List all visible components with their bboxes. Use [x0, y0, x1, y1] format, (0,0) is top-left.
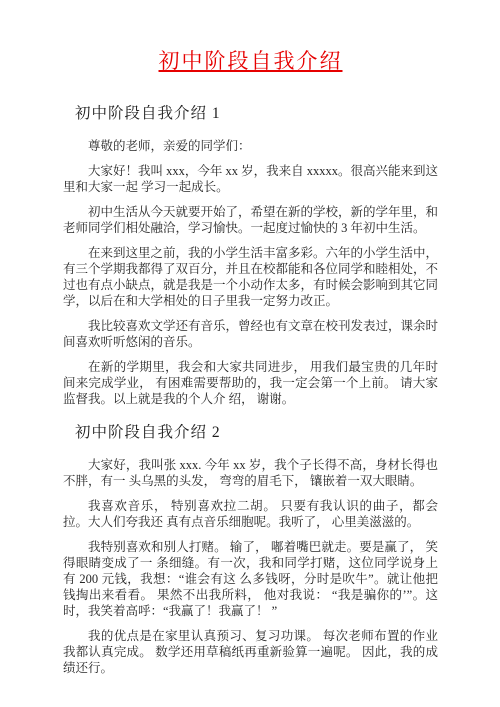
paragraph: 我特别喜欢和别人打赌。 输了， 嘟着嘴巴就走。要是赢了， 笑得眼睛变成了一 条细…: [63, 539, 438, 619]
document-title: 初中阶段自我介绍: [63, 48, 438, 74]
paragraph: 在来到这里之前，我的小学生活丰富多彩。六年的小学生活中，有三个学期我都得了双百分…: [63, 245, 438, 309]
paragraph: 我的优点是在家里认真预习、复习功课。 每次老师布置的作业我都认真完成。 数学还用…: [63, 628, 438, 676]
paragraph: 我喜欢音乐， 特别喜欢拉二胡。 只要有我认识的曲子，都会拉。大人们夸我还 真有点…: [63, 498, 438, 530]
paragraph: 在新的学期里，我会和大家共同进步， 用我们最宝贵的几年时间来完成学业， 有困难需…: [63, 359, 438, 407]
document-page: 初中阶段自我介绍 初中阶段自我介绍 1尊敬的老师，亲爱的同学们：大家好！我叫 x…: [0, 0, 500, 707]
section-heading: 初中阶段自我介绍 2: [63, 423, 438, 443]
section-heading: 初中阶段自我介绍 1: [63, 104, 438, 124]
paragraph: 初中生活从今天就要开始了，希望在新的学校，新的学年里，和老师同学们相处融洽，学习…: [63, 204, 438, 236]
paragraph: 尊敬的老师，亲爱的同学们：: [63, 138, 438, 154]
paragraph: 大家好，我叫张 xxx. 今年 xx 岁，我个子长得不高，身材长得也不胖，有一 …: [63, 457, 438, 489]
document-body: 初中阶段自我介绍 1尊敬的老师，亲爱的同学们：大家好！我叫 xxx，今年 xx …: [63, 104, 438, 676]
paragraph: 我比较喜欢文学还有音乐，曾经也有文章在校刊发表过，课余时间喜欢听听悠闲的音乐。: [63, 318, 438, 350]
paragraph: 大家好！我叫 xxx，今年 xx 岁，我来自 xxxxx。很高兴能来到这里和大家…: [63, 163, 438, 195]
